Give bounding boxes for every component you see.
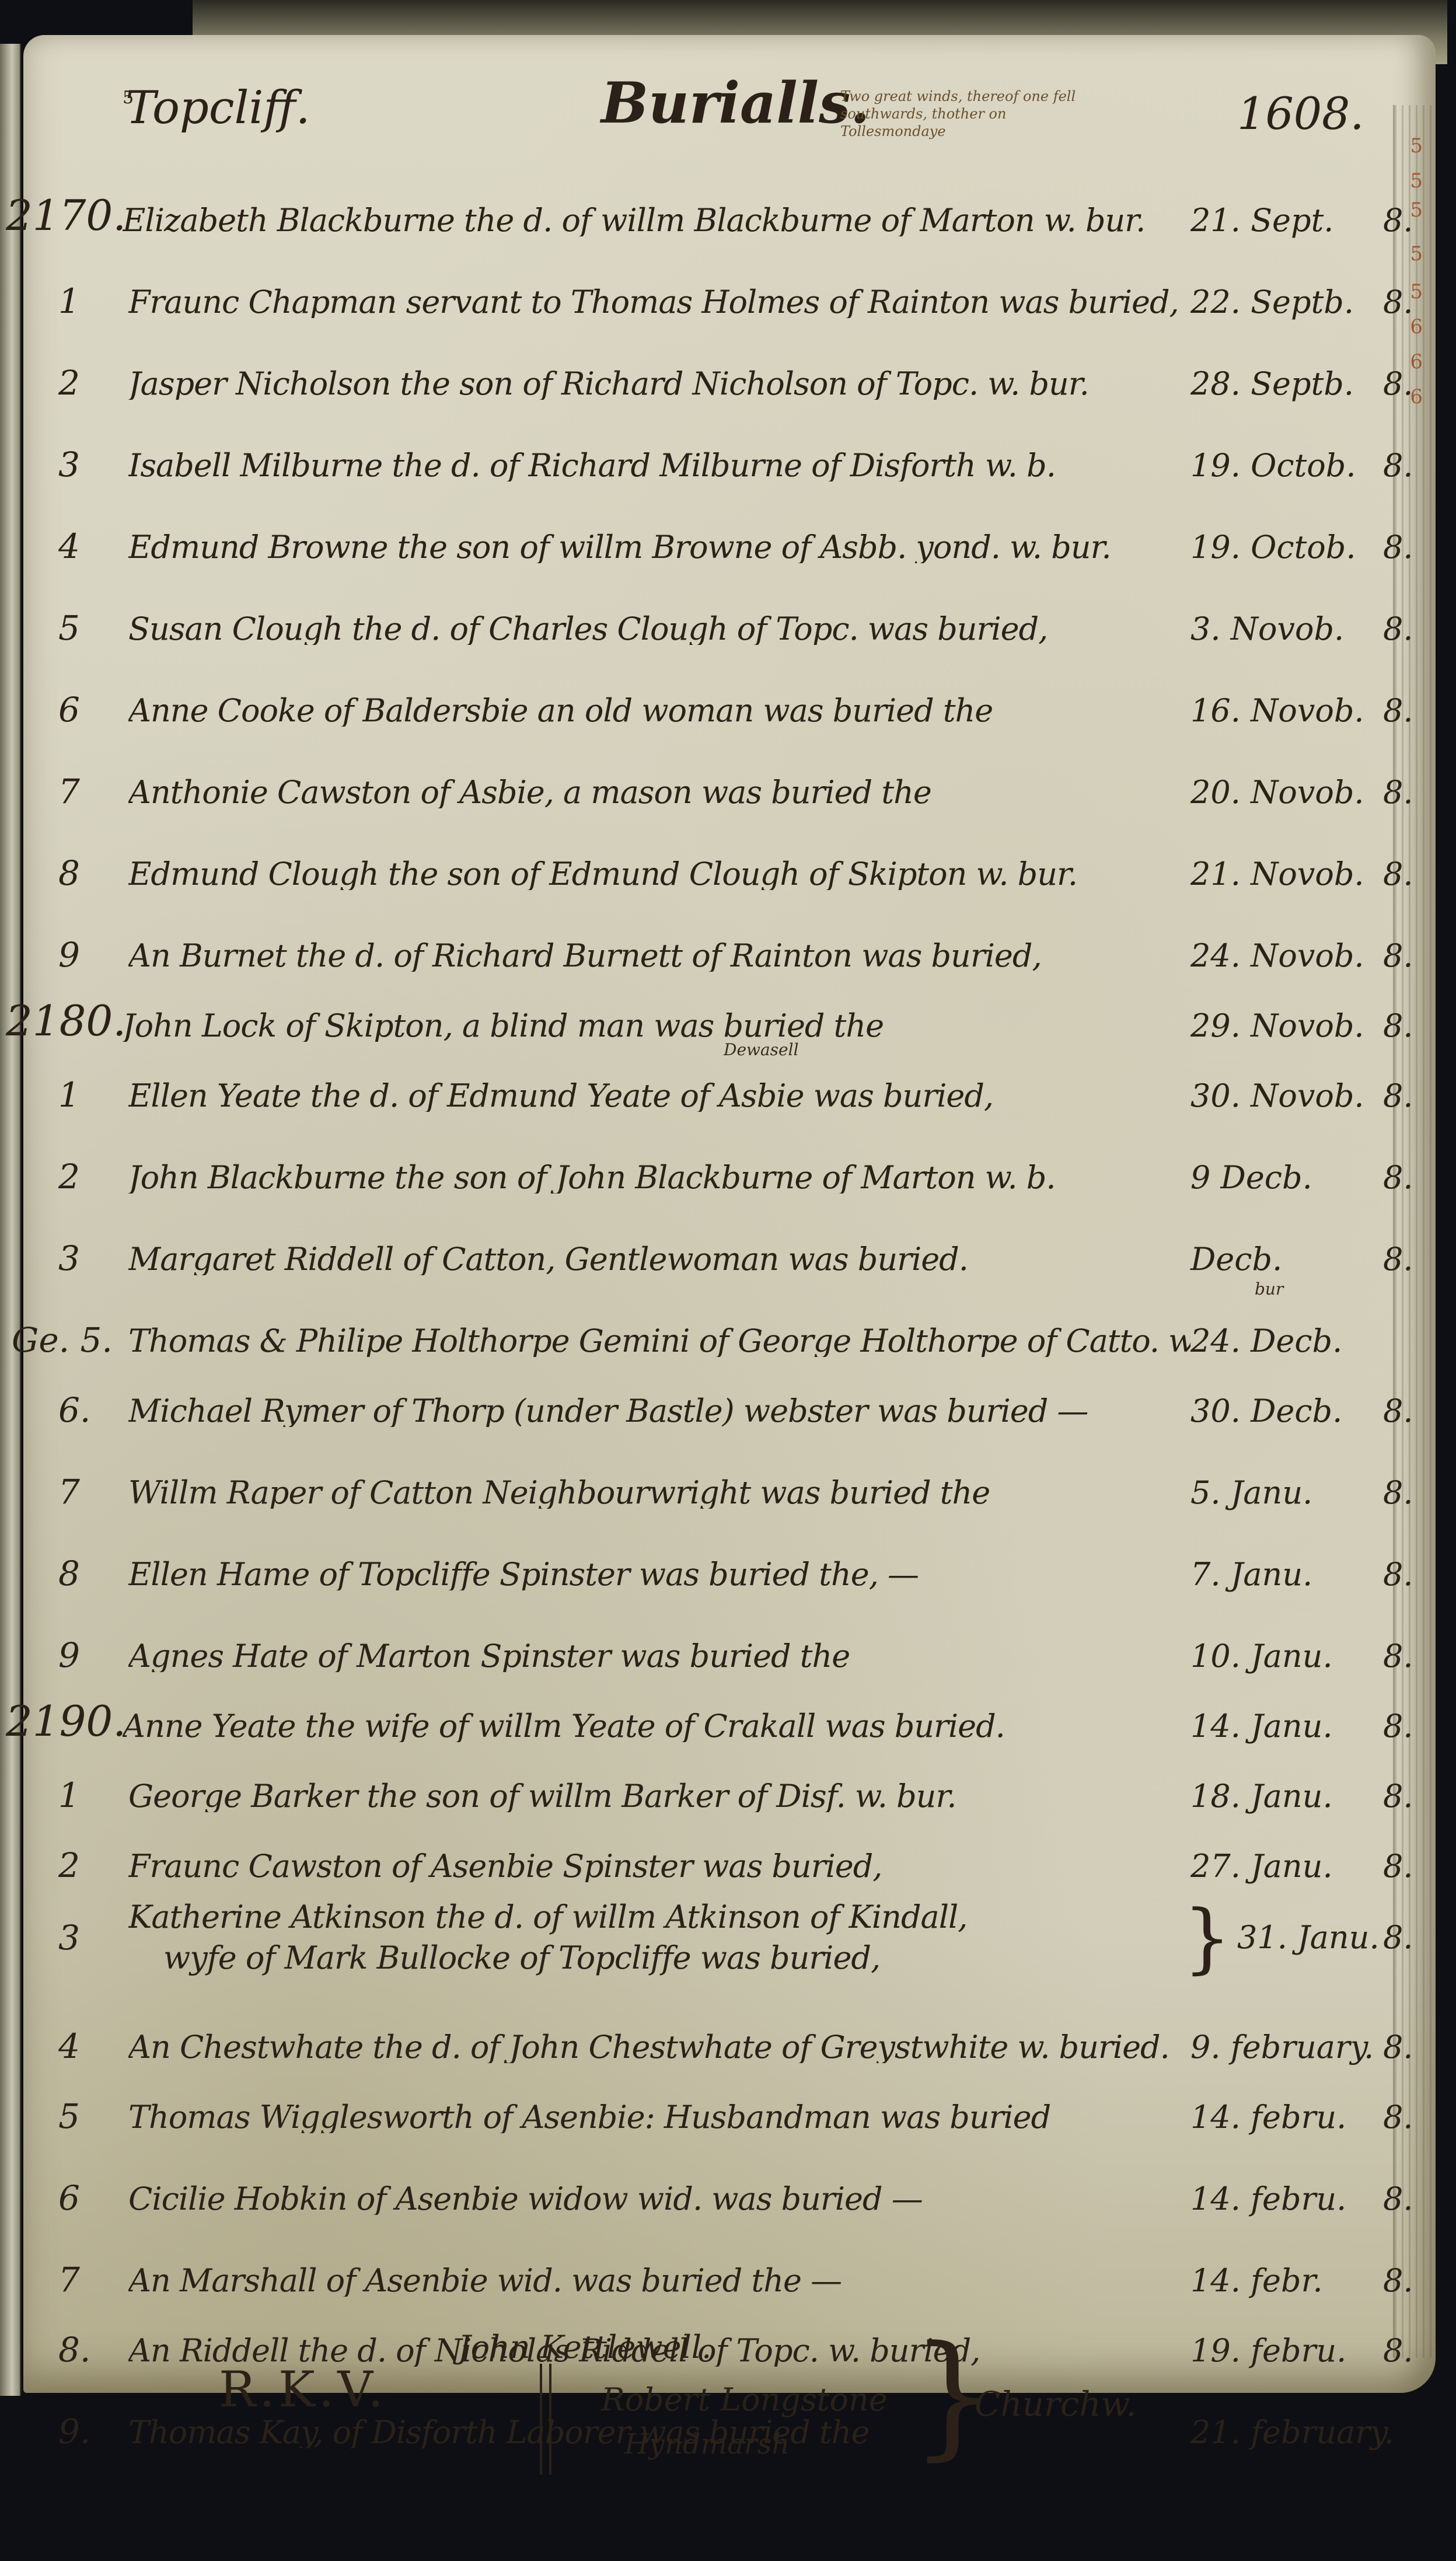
entry-month: Octob. [1251, 529, 1356, 566]
churchwarden-signature: Hyndmarsh [624, 2428, 790, 2461]
burial-entry: Dewasell 1 Ellen Yeate the d. of Edmund … [58, 1042, 1412, 1112]
entry-month: Novob. [1251, 1077, 1364, 1114]
burial-entry: 3 Katherine Atkinson the d. of willm Atk… [58, 1882, 1412, 1993]
entry-number: 7 [58, 2263, 128, 2297]
entry-number: 2 [58, 1848, 128, 1882]
entry-day: 19. [1190, 529, 1241, 566]
entry-day: 20. [1190, 774, 1241, 811]
entry-text: Katherine Atkinson the d. of willm Atkin… [128, 1899, 967, 1935]
burial-entry: 9 Agnes Hate of Marton Spinster was buri… [58, 1590, 1412, 1672]
entry-day: 5. [1190, 1474, 1221, 1511]
entry-day: 22. [1190, 284, 1241, 320]
entry-number: Ge. 5. [12, 1323, 128, 1357]
entry-month: Decb. [1251, 1323, 1342, 1359]
entry-day: 24. [1190, 937, 1241, 974]
page-title: Burialls. [601, 70, 870, 136]
burial-entry: 4 Edmund Browne the son of willm Browne … [58, 482, 1412, 563]
entry-day: 29. [1190, 1007, 1241, 1044]
edge-number: 5 [1410, 134, 1423, 158]
entry-text: George Barker the son of willm Barker of… [128, 1781, 1190, 1812]
burial-entry: 3 Margaret Riddell of Catton, Gentlewoma… [58, 1194, 1412, 1275]
entry-number: 6 [58, 2181, 128, 2215]
entry-month: Janu. [1251, 1708, 1333, 1744]
entry-number: 7 [58, 1475, 128, 1509]
entry-month: Janu. [1297, 1919, 1380, 1956]
burial-entry: bur Ge. 5. Thomas & Philipe Holthorpe Ge… [58, 1275, 1412, 1357]
burial-entry: 4 An Chestwhate the d. of John Chestwhat… [58, 1993, 1412, 2063]
entry-year: 8. [1383, 450, 1412, 482]
entry-text: Fraunc Chapman servant to Thomas Holmes … [128, 287, 1190, 318]
entry-month: Novob. [1231, 610, 1345, 647]
entry-number: 5 [58, 2099, 128, 2133]
entry-month: febru. [1251, 2099, 1346, 2136]
entry-year: 8. [1383, 532, 1412, 563]
entry-text: Thomas & Philipe Holthorpe Gemini of Geo… [128, 1325, 1190, 1357]
page-footer: R.K.V. John Kettlewell. Robert Longstone… [0, 2329, 1456, 2515]
churchwarden-signature: Robert Longstone [601, 2381, 888, 2418]
burial-entries: 2170. Elizabeth Blackburne the d. of wil… [58, 155, 1412, 2448]
entry-month: Sept. [1251, 202, 1333, 239]
entry-month: Octob. [1251, 447, 1356, 484]
entry-text: Willm Raper of Catton Neighbourwright wa… [128, 1477, 1190, 1509]
burial-entry: 5 Susan Clough the d. of Charles Clough … [58, 563, 1412, 645]
entry-year: 8. [1383, 2032, 1412, 2063]
entry-month: Septb. [1251, 365, 1354, 402]
entry-year: 8. [1383, 859, 1412, 890]
entry-month: Novob. [1251, 856, 1364, 892]
entry-day: 16. [1190, 692, 1241, 729]
entry-year: 8. [1383, 205, 1412, 236]
entry-number: 2 [58, 366, 128, 400]
signature-mark [540, 2364, 551, 2475]
entry-text: John Blackburne the son of John Blackbur… [128, 1162, 1190, 1194]
entry-number: 2190. [6, 1700, 123, 1742]
entry-day: 14. [1190, 1708, 1241, 1744]
entry-year: 8. [1383, 1711, 1412, 1742]
entry-number: 3 [58, 448, 128, 482]
entry-text: Edmund Clough the son of Edmund Clough o… [128, 859, 1190, 890]
entry-number: 4 [58, 2029, 128, 2063]
entry-day: 31. [1237, 1919, 1287, 1956]
entry-month: febr. [1251, 2262, 1323, 2299]
entry-number: 6 [58, 693, 128, 727]
burial-entry: 7 Willm Raper of Catton Neighbourwright … [58, 1427, 1412, 1509]
entry-month: february. [1231, 2029, 1374, 2065]
entry-year: 8. [1383, 1559, 1412, 1590]
burial-entry: 7 Anthonie Cawston of Asbie, a mason was… [58, 727, 1412, 808]
entry-month: Janu. [1251, 1778, 1333, 1815]
entry-day: 21. [1190, 856, 1241, 892]
burial-entry: 7 An Marshall of Asenbie wid. was buried… [58, 2215, 1412, 2297]
entry-text: Anne Cooke of Baldersbie an old woman wa… [128, 695, 1190, 727]
entry-month: Decb. [1221, 1159, 1312, 1196]
entry-year: 8. [1383, 1080, 1412, 1112]
entry-number: 5 [58, 611, 128, 645]
burial-entry: 6 Anne Cooke of Baldersbie an old woman … [58, 645, 1412, 727]
entry-text: Thomas Wigglesworth of Asenbie: Husbandm… [128, 2102, 1190, 2133]
burial-entry: 2 John Blackburne the son of John Blackb… [58, 1112, 1412, 1194]
burial-entry: 2 Fraunc Cawston of Asenbie Spinster was… [58, 1812, 1412, 1882]
entry-number: 3 [58, 1241, 128, 1275]
entry-year: 8. [1383, 368, 1412, 400]
entry-day: 30. [1190, 1077, 1241, 1114]
entry-number: 4 [58, 529, 128, 563]
left-page-edge [0, 44, 21, 2396]
entry-number: 2180. [6, 1000, 123, 1042]
entry-day: 9 [1190, 1159, 1210, 1196]
entry-year: 8. [1383, 1781, 1412, 1812]
entry-text: Fraunc Cawston of Asenbie Spinster was b… [128, 1851, 1190, 1882]
interlinear-insertion: bur [1255, 1281, 1283, 1297]
burial-entry: 6 Cicilie Hobkin of Asenbie widow wid. w… [58, 2133, 1412, 2215]
burial-entry: 2170. Elizabeth Blackburne the d. of wil… [58, 155, 1412, 236]
entry-month: febru. [1251, 2180, 1346, 2217]
entry-number: 1 [58, 1778, 128, 1812]
entry-day: 19. [1190, 447, 1241, 484]
churchwardens-label: Churchw. [975, 2384, 1137, 2424]
entry-day: 14. [1190, 2262, 1241, 2299]
entry-text: An Marshall of Asenbie wid. was buried t… [128, 2265, 1190, 2297]
entry-number: 1 [58, 284, 128, 318]
entry-text: Cicilie Hobkin of Asenbie widow wid. was… [128, 2183, 1190, 2215]
entry-text: Edmund Browne the son of willm Browne of… [128, 532, 1190, 563]
entry-year: 8. [1383, 1922, 1412, 1953]
entry-year: 8. [1383, 940, 1412, 972]
entry-month: Novob. [1251, 937, 1364, 974]
marginal-note: Two great winds, thereof one fell southw… [840, 88, 1115, 140]
entry-year: 8. [1383, 2183, 1412, 2215]
entry-text: Anthonie Cawston of Asbie, a mason was b… [128, 777, 1190, 808]
entry-year: 8. [1383, 1010, 1412, 1042]
entry-year: 8. [1383, 1641, 1412, 1672]
entry-number: 7 [58, 774, 128, 808]
entry-day: 27. [1190, 1848, 1241, 1885]
entry-year: 8. [1383, 287, 1412, 318]
entry-day: 10. [1190, 1638, 1241, 1674]
entry-text: Margaret Riddell of Catton, Gentlewoman … [128, 1244, 1190, 1275]
entry-day: 9. [1190, 2029, 1221, 2065]
entry-month: Septb. [1251, 284, 1354, 320]
entry-number: 9 [58, 1638, 128, 1672]
entry-text: An Chestwhate the d. of John Chestwhate … [128, 2032, 1190, 2063]
burial-entry: 5 Thomas Wigglesworth of Asenbie: Husban… [58, 2063, 1412, 2133]
burial-entry: 2180. John Lock of Skipton, a blind man … [58, 972, 1412, 1042]
entry-day: 14. [1190, 2180, 1241, 2217]
entry-text: Anne Yeate the wife of willm Yeate of Cr… [123, 1711, 1190, 1742]
entry-number: 2 [58, 1160, 128, 1194]
entry-text: Jasper Nicholson the son of Richard Nich… [128, 368, 1190, 400]
entry-day: 7. [1190, 1556, 1221, 1593]
entry-month: Novob. [1251, 774, 1364, 811]
entry-day: 28. [1190, 365, 1241, 402]
entry-year: 8. [1383, 777, 1412, 808]
entry-text: Susan Clough the d. of Charles Clough of… [128, 613, 1190, 645]
register-year: 1608. [1237, 88, 1364, 139]
churchwarden-signature: John Kettlewell. [458, 2329, 711, 2365]
entry-day: 24. [1190, 1323, 1241, 1359]
entry-year: 8. [1383, 695, 1412, 727]
entry-number: 8 [58, 1557, 128, 1590]
entry-year: 8. [1383, 1395, 1412, 1427]
entry-day: 21. [1190, 202, 1241, 239]
brace-mark: } [1183, 1900, 1231, 1976]
entry-number: 8 [58, 856, 128, 890]
initials-mark: R.K.V. [219, 2361, 387, 2418]
burial-entry: 8 Ellen Hame of Topcliffe Spinster was b… [58, 1509, 1412, 1590]
entry-text: Ellen Yeate the d. of Edmund Yeate of As… [128, 1080, 1190, 1112]
entry-month: Novob. [1251, 692, 1364, 729]
entry-text: An Burnet the d. of Richard Burnett of R… [128, 940, 1190, 972]
entry-text: Ellen Hame of Topcliffe Spinster was bur… [128, 1559, 1190, 1590]
parish-name: Topcliff. [125, 82, 310, 134]
entry-day: 18. [1190, 1778, 1241, 1815]
entry-text: Agnes Hate of Marton Spinster was buried… [128, 1641, 1190, 1672]
entry-year: 8. [1383, 1244, 1412, 1275]
entry-text: Michael Rymer of Thorp (under Bastle) we… [128, 1395, 1190, 1427]
entry-month: Janu. [1231, 1474, 1313, 1511]
entry-number: 3 [58, 1921, 128, 1955]
entry-number: 1 [58, 1078, 128, 1112]
entry-year: 8. [1383, 613, 1412, 645]
entry-year: 8. [1383, 2102, 1412, 2133]
entry-year: 8. [1383, 1477, 1412, 1509]
burial-entry: 8 Edmund Clough the son of Edmund Clough… [58, 808, 1412, 890]
burial-entry: 3 Isabell Milburne the d. of Richard Mil… [58, 400, 1412, 482]
burial-entry: 2 Jasper Nicholson the son of Richard Ni… [58, 318, 1412, 400]
entry-number: 2170. [6, 194, 123, 236]
entry-text: Elizabeth Blackburne the d. of willm Bla… [123, 205, 1190, 236]
entry-month: Decb. [1190, 1241, 1282, 1278]
interlinear-insertion: Dewasell [724, 1042, 799, 1058]
entry-year: 8. [1383, 2265, 1412, 2297]
burial-entry: 9 An Burnet the d. of Richard Burnett of… [58, 890, 1412, 972]
entry-day: 30. [1190, 1393, 1241, 1429]
burial-entry: 2190. Anne Yeate the wife of willm Yeate… [58, 1672, 1412, 1742]
entry-month: Decb. [1251, 1393, 1342, 1429]
entry-text: Isabell Milburne the d. of Richard Milbu… [128, 450, 1190, 482]
entry-month: Janu. [1251, 1638, 1333, 1674]
entry-number: 9 [58, 938, 128, 972]
entry-month: Janu. [1251, 1848, 1333, 1885]
burial-entry: 6. Michael Rymer of Thorp (under Bastle)… [58, 1357, 1412, 1427]
entry-text-continued: wyfe of Mark Bullocke of Topcliffe was b… [128, 1939, 880, 1976]
entry-day: 14. [1190, 2099, 1241, 2136]
entry-day: 3. [1190, 610, 1221, 647]
entry-month: Novob. [1251, 1007, 1364, 1044]
entry-month: Janu. [1231, 1556, 1313, 1593]
burial-entry: 1 George Barker the son of willm Barker … [58, 1742, 1412, 1812]
entry-year: 8. [1383, 1162, 1412, 1194]
burial-entry: 1 Fraunc Chapman servant to Thomas Holme… [58, 236, 1412, 318]
entry-number: 6. [58, 1393, 128, 1427]
entry-year: 8. [1383, 1851, 1412, 1882]
entry-text: John Lock of Skipton, a blind man was bu… [123, 1010, 1190, 1042]
